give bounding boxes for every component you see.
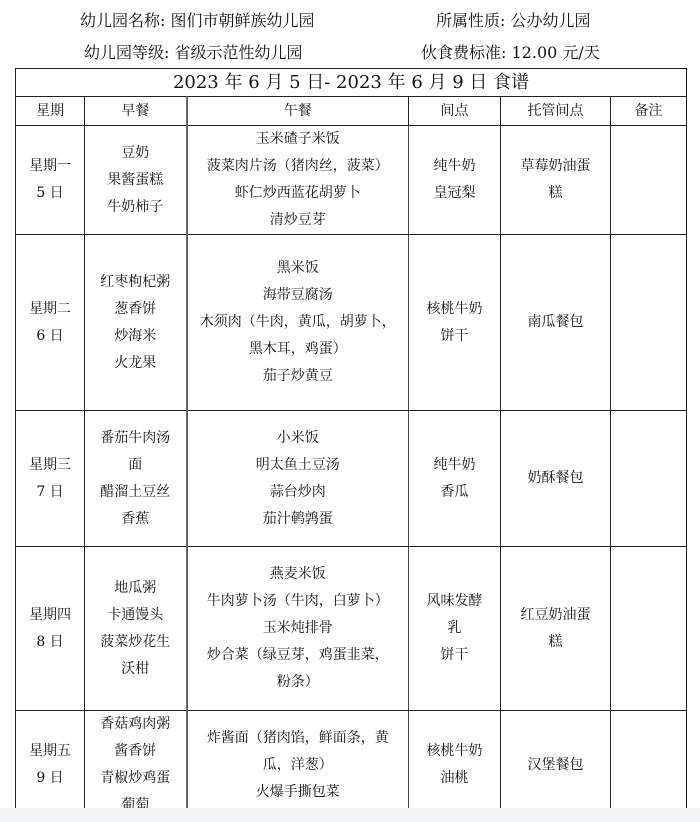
snack-line: 皇冠梨: [411, 180, 498, 207]
kindergarten-name-label: 幼儿园名称:: [80, 8, 165, 31]
snack-line: 饼干: [411, 323, 498, 350]
menu-title: 2023 年 6 月 5 日- 2023 年 6 月 9 日 食谱: [16, 69, 687, 97]
breakfast-line: 果酱蛋糕: [87, 167, 184, 194]
care-snack-line: 南瓜餐包: [503, 309, 608, 336]
page-bottom-strip: [0, 808, 700, 822]
breakfast-line: 面: [87, 452, 184, 479]
lunch-line: 木须肉（牛肉，黄瓜，胡萝卜，: [190, 309, 407, 336]
header-row: 星期 早餐 午餐 间点 托管间点 备注: [16, 97, 687, 126]
snack-cell: 纯牛奶皇冠梨: [409, 126, 501, 235]
kindergarten-name: 幼儿园名称: 图们市朝鲜族幼儿园: [80, 8, 315, 31]
lunch-line: 炒合菜（绿豆芽，鸡蛋韭菜，: [190, 642, 407, 669]
note-cell: [611, 126, 687, 235]
weekday-cell: 星期一5 日: [16, 126, 85, 235]
lunch-cell: 炸酱面（猪肉馅，鲜面条，黄瓜，洋葱）火爆手撕包菜: [187, 711, 409, 820]
lunch-line: 茄子炒黄豆: [190, 363, 407, 390]
table-row: 星期二6 日红枣枸杞粥葱香饼炒海米火龙果黑米饭海带豆腐汤木须肉（牛肉，黄瓜，胡萝…: [16, 235, 687, 411]
lunch-line: 燕麦米饭: [190, 561, 407, 588]
note-cell: [611, 547, 687, 711]
care-snack-cell: 草莓奶油蛋糕: [501, 126, 611, 235]
note-cell: [611, 235, 687, 411]
care-snack-cell: 奶酥餐包: [501, 411, 611, 547]
lunch-line: 玉米碴子米饭: [190, 126, 407, 153]
breakfast-line: 酱香饼: [87, 738, 184, 765]
lunch-cell: 玉米碴子米饭菠菜肉片汤（猪肉丝，菠菜）虾仁炒西蓝花胡萝卜清炒豆芽: [187, 126, 409, 235]
breakfast-line: 红枣枸杞粥: [87, 269, 184, 296]
breakfast-line: 香蕉: [87, 506, 184, 533]
care-snack-line: 草莓奶油蛋: [503, 153, 608, 180]
snack-line: 纯牛奶: [411, 452, 498, 479]
kindergarten-name-value: 图们市朝鲜族幼儿园: [171, 8, 315, 31]
snack-line: 油桃: [411, 765, 498, 792]
breakfast-line: 火龙果: [87, 350, 184, 377]
breakfast-cell: 红枣枸杞粥葱香饼炒海米火龙果: [85, 235, 187, 411]
weekday-line: 5 日: [18, 180, 82, 207]
breakfast-cell: 地瓜粥卡通馒头菠菜炒花生沃柑: [85, 547, 187, 711]
weekday-line: 星期四: [18, 602, 82, 629]
care-snack-line: 红豆奶油蛋: [503, 602, 608, 629]
lunch-line: 小米饭: [190, 425, 407, 452]
breakfast-cell: 番茄牛肉汤面醋溜土豆丝香蕉: [85, 411, 187, 547]
weekday-line: 星期二: [18, 296, 82, 323]
lunch-line: 牛肉萝卜汤（牛肉，白萝卜）: [190, 588, 407, 615]
weekday-cell: 星期二6 日: [16, 235, 85, 411]
lunch-line: 海带豆腐汤: [190, 282, 407, 309]
care-snack-cell: 汉堡餐包: [501, 711, 611, 820]
snack-cell: 核桃牛奶油桃: [409, 711, 501, 820]
weekday-line: 7 日: [18, 479, 82, 506]
weekday-cell: 星期四8 日: [16, 547, 85, 711]
care-snack-cell: 红豆奶油蛋糕: [501, 547, 611, 711]
column-header-care-snack: 托管间点: [501, 97, 611, 126]
breakfast-line: 炒海米: [87, 323, 184, 350]
breakfast-line: 地瓜粥: [87, 575, 184, 602]
weekday-line: 星期三: [18, 452, 82, 479]
breakfast-line: 牛奶柿子: [87, 194, 184, 221]
snack-line: 核桃牛奶: [411, 738, 498, 765]
lunch-line: 茄汁鹌鹑蛋: [190, 506, 407, 533]
breakfast-cell: 豆奶果酱蛋糕牛奶柿子: [85, 126, 187, 235]
lunch-cell: 小米饭明太鱼土豆汤蒜台炒肉茄汁鹌鹑蛋: [187, 411, 409, 547]
lunch-line: 清炒豆芽: [190, 207, 407, 234]
snack-line: 核桃牛奶: [411, 296, 498, 323]
lunch-line: 明太鱼土豆汤: [190, 452, 407, 479]
care-snack-line: 奶酥餐包: [503, 465, 608, 492]
lunch-line: 瓜，洋葱）: [190, 752, 407, 779]
column-header-snack: 间点: [409, 97, 501, 126]
breakfast-line: 青椒炒鸡蛋: [87, 765, 184, 792]
lunch-line: 玉米炖排骨: [190, 615, 407, 642]
snack-line: 乳: [411, 615, 498, 642]
table-row: 星期四8 日地瓜粥卡通馒头菠菜炒花生沃柑燕麦米饭牛肉萝卜汤（牛肉，白萝卜）玉米炖…: [16, 547, 687, 711]
breakfast-line: 香菇鸡肉粥: [87, 711, 184, 738]
lunch-line: 火爆手撕包菜: [190, 779, 407, 806]
snack-line: 香瓜: [411, 479, 498, 506]
table-row: 星期一5 日豆奶果酱蛋糕牛奶柿子玉米碴子米饭菠菜肉片汤（猪肉丝，菠菜）虾仁炒西蓝…: [16, 126, 687, 235]
breakfast-cell: 香菇鸡肉粥酱香饼青椒炒鸡蛋葡萄: [85, 711, 187, 820]
weekly-menu-table: 2023 年 6 月 5 日- 2023 年 6 月 9 日 食谱 星期 早餐 …: [15, 68, 687, 820]
snack-cell: 纯牛奶香瓜: [409, 411, 501, 547]
breakfast-line: 葱香饼: [87, 296, 184, 323]
care-snack-line: 糕: [503, 629, 608, 656]
breakfast-line: 卡通馒头: [87, 602, 184, 629]
breakfast-line: 豆奶: [87, 140, 184, 167]
weekday-line: 8 日: [18, 629, 82, 656]
lunch-line: 黑木耳，鸡蛋）: [190, 336, 407, 363]
kindergarten-level-value: 省级示范性幼儿园: [175, 40, 303, 63]
care-snack-line: 糕: [503, 180, 608, 207]
weekday-cell: 星期三7 日: [16, 411, 85, 547]
lunch-line: 黑米饭: [190, 255, 407, 282]
kindergarten-nature-value: 公办幼儿园: [511, 8, 591, 31]
column-header-breakfast: 早餐: [85, 97, 187, 126]
breakfast-line: 菠菜炒花生: [87, 629, 184, 656]
meal-fee-label: 伙食费标准:: [421, 40, 506, 63]
note-cell: [611, 711, 687, 820]
care-snack-cell: 南瓜餐包: [501, 235, 611, 411]
lunch-line: 虾仁炒西蓝花胡萝卜: [190, 180, 407, 207]
kindergarten-level-label: 幼儿园等级:: [84, 40, 169, 63]
breakfast-line: 沃柑: [87, 656, 184, 683]
kindergarten-nature-label: 所属性质:: [436, 8, 505, 31]
kindergarten-level: 幼儿园等级: 省级示范性幼儿园: [84, 40, 303, 63]
lunch-cell: 燕麦米饭牛肉萝卜汤（牛肉，白萝卜）玉米炖排骨炒合菜（绿豆芽，鸡蛋韭菜，粉条）: [187, 547, 409, 711]
weekday-line: 9 日: [18, 765, 82, 792]
snack-cell: 核桃牛奶饼干: [409, 235, 501, 411]
weekday-line: 星期五: [18, 738, 82, 765]
snack-line: 风味发酵: [411, 588, 498, 615]
care-snack-line: 汉堡餐包: [503, 752, 608, 779]
meal-fee-standard: 伙食费标准: 12.00 元/天: [421, 40, 600, 63]
kindergarten-nature: 所属性质: 公办幼儿园: [436, 8, 591, 31]
snack-line: 饼干: [411, 642, 498, 669]
note-cell: [611, 411, 687, 547]
meal-fee-value: 12.00 元/天: [512, 40, 600, 63]
snack-line: 纯牛奶: [411, 153, 498, 180]
lunch-line: 蒜台炒肉: [190, 479, 407, 506]
weekday-line: 6 日: [18, 323, 82, 350]
lunch-cell: 黑米饭海带豆腐汤木须肉（牛肉，黄瓜，胡萝卜，黑木耳，鸡蛋）茄子炒黄豆: [187, 235, 409, 411]
weekday-line: 星期一: [18, 153, 82, 180]
breakfast-line: 番茄牛肉汤: [87, 425, 184, 452]
weekday-cell: 星期五9 日: [16, 711, 85, 820]
column-header-weekday: 星期: [16, 97, 85, 126]
lunch-line: 粉条）: [190, 669, 407, 696]
table-row: 星期三7 日番茄牛肉汤面醋溜土豆丝香蕉小米饭明太鱼土豆汤蒜台炒肉茄汁鹌鹑蛋纯牛奶…: [16, 411, 687, 547]
lunch-line: 炸酱面（猪肉馅，鲜面条，黄: [190, 725, 407, 752]
column-header-lunch: 午餐: [187, 97, 409, 126]
breakfast-line: 醋溜土豆丝: [87, 479, 184, 506]
table-row: 星期五9 日香菇鸡肉粥酱香饼青椒炒鸡蛋葡萄炸酱面（猪肉馅，鲜面条，黄瓜，洋葱）火…: [16, 711, 687, 820]
column-header-note: 备注: [611, 97, 687, 126]
snack-cell: 风味发酵乳饼干: [409, 547, 501, 711]
lunch-line: 菠菜肉片汤（猪肉丝，菠菜）: [190, 153, 407, 180]
